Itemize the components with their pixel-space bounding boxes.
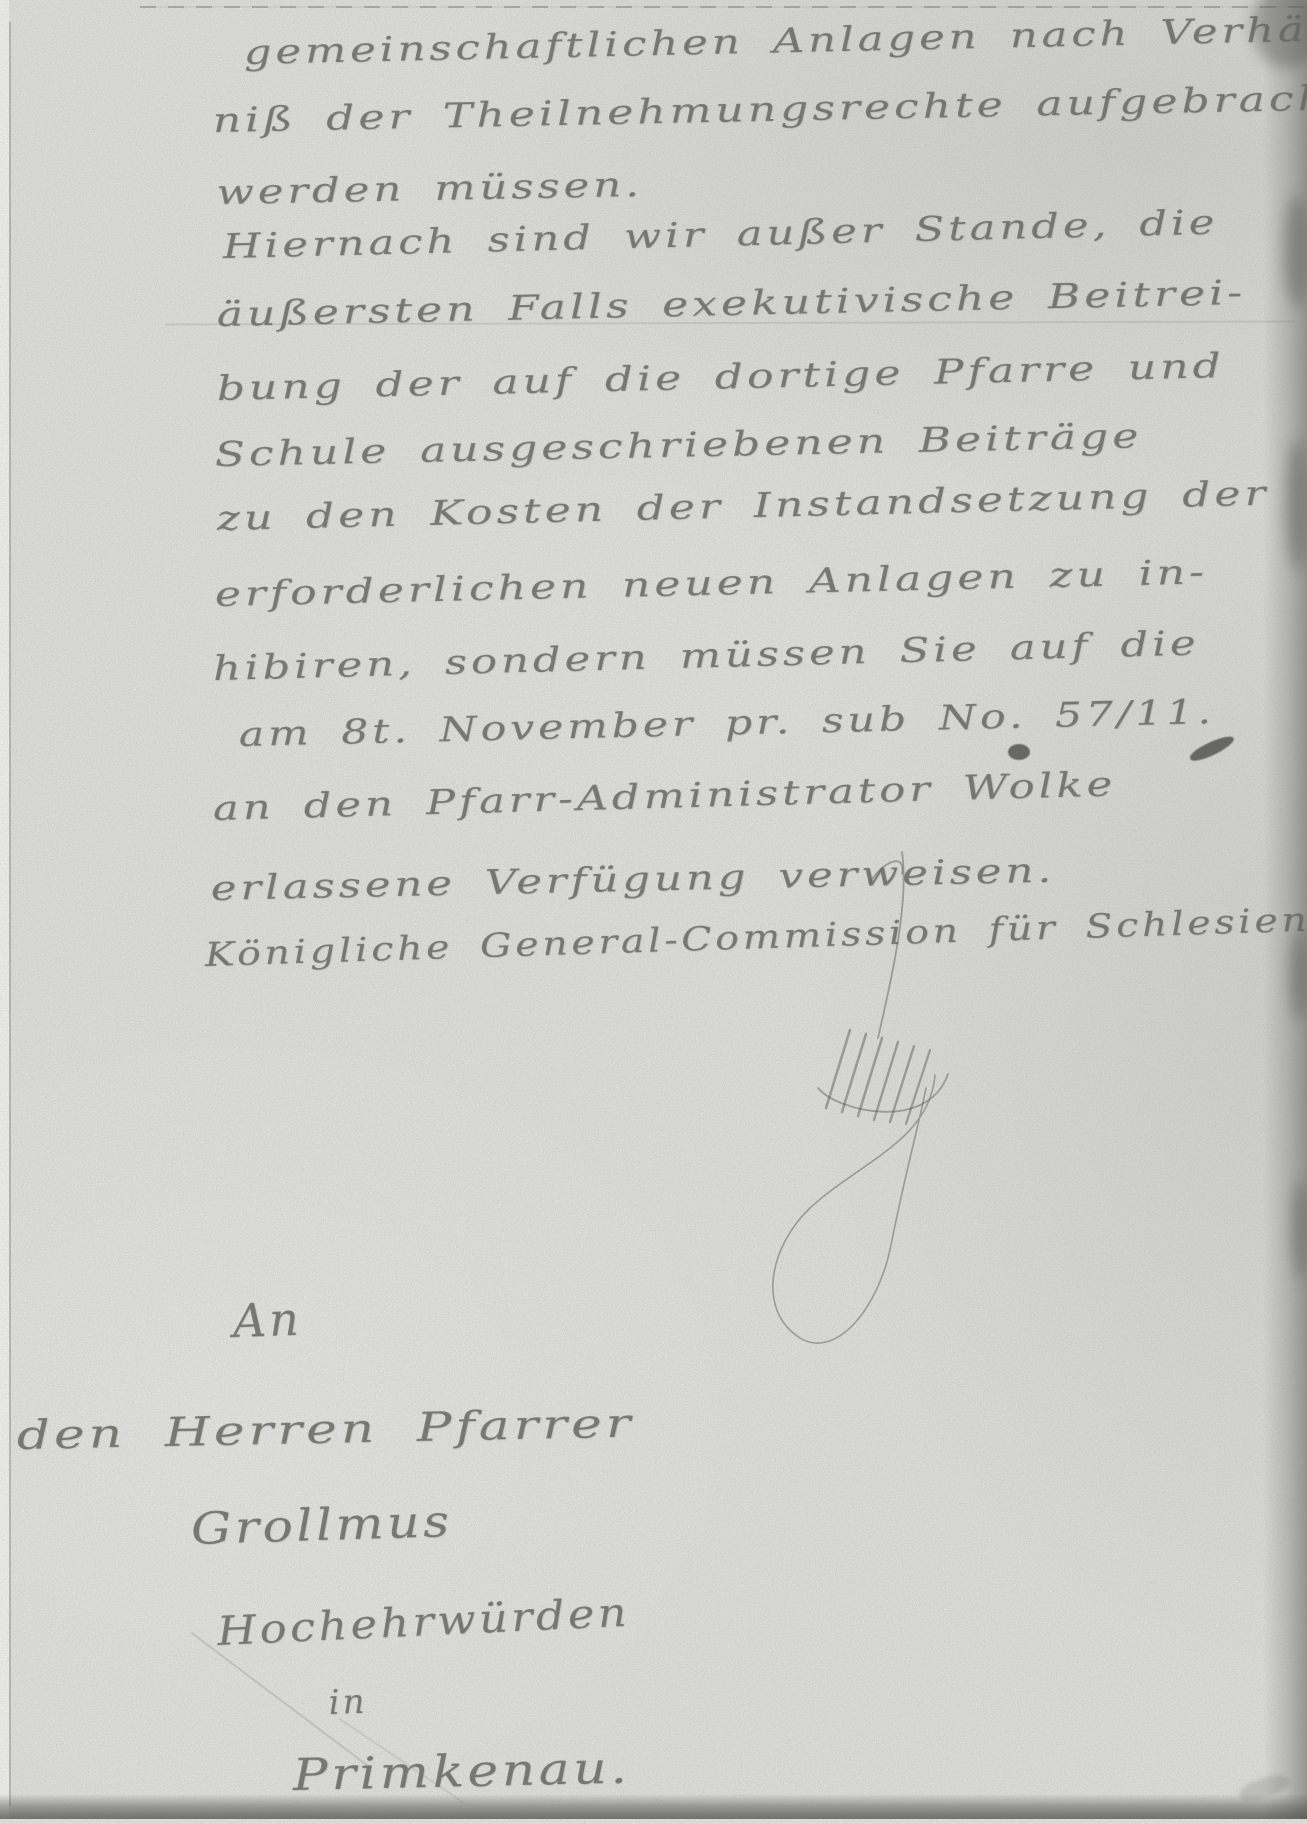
scan-edge-bottom-strip [0, 1819, 1307, 1824]
scan-edge-bottom-band [0, 1794, 1307, 1820]
address-line: Grollmus [190, 1500, 453, 1552]
scan-edge-top-line [140, 6, 1307, 8]
address-line: An [232, 1296, 302, 1344]
address-line: Primkenau. [292, 1747, 631, 1798]
handwritten-line: bung der auf die dortige Pfarre und [216, 349, 1225, 406]
signature-loop [773, 1075, 935, 1343]
handwritten-line: am 8t. November pr. sub No. 57/11. [238, 695, 1215, 752]
handwritten-line: Hiernach sind wir außer Stande, die [222, 206, 1219, 264]
signature-flourish [630, 840, 1010, 1360]
handwritten-line: gemeinschaftlichen Anlagen nach Verhält- [243, 12, 1307, 70]
scan-edge-left-strip [0, 0, 9, 1824]
scan-edge-blob [1290, 930, 1307, 1020]
ink-blot [1188, 732, 1237, 765]
handwritten-line: niß der Theilnehmungsrechte aufgebracht [212, 81, 1307, 138]
scan-edge-blob [1284, 196, 1307, 306]
ink-blot [1008, 744, 1030, 760]
address-line: den Herren Pfarrer [16, 1404, 635, 1456]
handwritten-line: Schule ausgeschriebenen Beiträge [214, 419, 1143, 472]
address-line: Hochehrwürden [216, 1593, 631, 1652]
signature-stroke [870, 861, 903, 882]
scan-edge-blob [1292, 1180, 1307, 1280]
handwritten-line: zu den Kosten der Instandsetzung der [216, 477, 1270, 536]
document-page: gemeinschaftlichen Anlagen nach Verhält-… [0, 0, 1307, 1824]
handwritten-line: an den Pfarr-Administrator Wolke [212, 767, 1117, 826]
address-line: in [328, 1685, 368, 1720]
handwritten-line: äußersten Falls exekutivische Beitrei- [216, 276, 1246, 332]
scan-edge-blob [1286, 440, 1307, 570]
scan-edge-left-line [9, 22, 11, 1806]
signature-stroke [878, 852, 904, 1038]
handwritten-line: erforderlichen neuen Anlagen zu in- [214, 555, 1208, 612]
handwritten-line: werden müssen. [216, 168, 643, 210]
handwritten-line: hibiren, sondern müssen Sie auf die [212, 626, 1200, 686]
